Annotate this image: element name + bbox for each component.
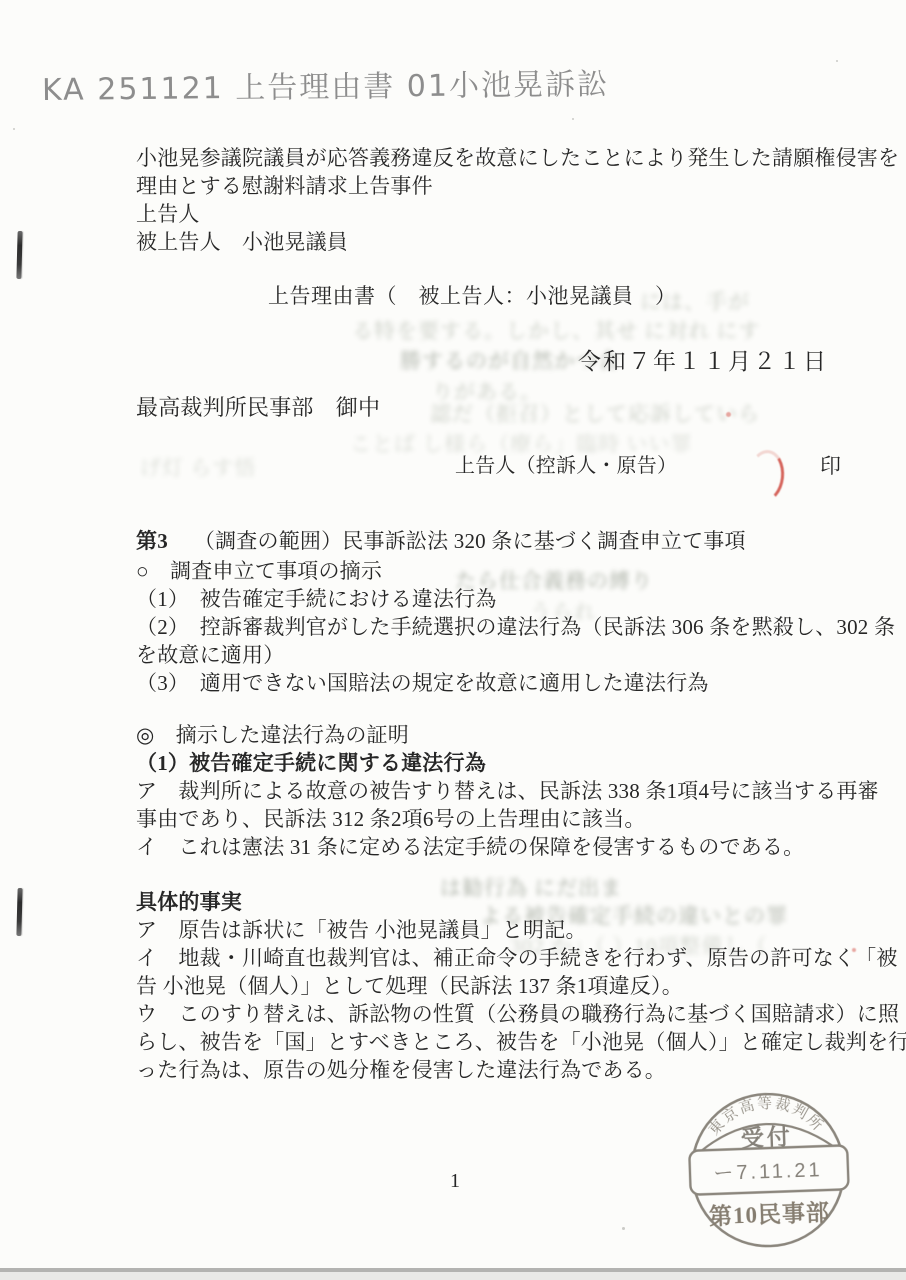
text-line: ア 裁判所による故意の被告すり替えは、民訴法 338 条1項4号に該当する再審 <box>136 777 892 805</box>
proof-subheading: （1）被告確定手続に関する違法行為 <box>136 749 892 777</box>
text-line: 告 小池晃（個人）」として処理（民訴法 137 条1項違反）。 <box>136 972 892 1000</box>
case-caption: 小池晃参議院議員が応答義務違反を故意にしたことにより発生した請願権侵害を理由とす… <box>136 144 892 256</box>
handwritten-note: KA 251121 上告理由書 01小池晃訴訟 <box>42 59 609 109</box>
court-receipt-stamp: 東京高等裁判所 受付 ー7.11.21 第10民事部 <box>663 1082 877 1261</box>
text-line: （2） 控訴審裁判官がした手続選択の違法行為（民訴法 306 条を黙殺し、302… <box>136 613 892 641</box>
red-seal-remnant <box>745 448 786 503</box>
stamp-date: ー7.11.21 <box>713 1159 823 1185</box>
document-date: 令和７年１１月２１日 <box>578 343 828 376</box>
text-line: 上告人 <box>136 200 892 228</box>
scan-speck <box>572 118 574 120</box>
facts-section: 具体的事実 ア 原告は訴状に「被告 小池晃議員」と明記。イ 地裁・川崎直也裁判官… <box>136 888 892 1084</box>
text-line: らし、被告を「国」とすべきところ、被告を「小池晃（個人）」と確定し裁判を行 <box>136 1028 892 1056</box>
scan-speck <box>836 60 838 62</box>
text-line: （1） 被告確定手続における違法行為 <box>136 585 892 613</box>
scanner-background <box>0 1272 906 1280</box>
text-line: （3） 適用できない国賠法の規定を故意に適用した違法行為 <box>136 669 892 697</box>
bleed-through-text: げ灯 らす悟 <box>140 452 256 482</box>
proof-heading: ◎ 摘示した違法行為の証明 <box>136 721 892 749</box>
staple-mark-top <box>16 231 22 279</box>
text-line: 理由とする慰謝料請求上告事件 <box>136 172 892 200</box>
scanned-document-page: には、手が る特を要する。しかし、其せ に対れ にす 勝するのが自然かつ合 りが… <box>0 0 906 1280</box>
text-line: った行為は、原告の処分権を侵害した違法行為である。 <box>136 1056 892 1084</box>
scan-speck <box>13 128 15 130</box>
signature-label: 上告人（控訴人・原告） <box>455 452 677 480</box>
proof-section: ◎ 摘示した違法行為の証明 （1）被告確定手続に関する違法行為 ア 裁判所による… <box>136 721 892 861</box>
text-line: 被上告人 小池晃議員 <box>136 228 892 256</box>
section3-items: ○ 調査申立て事項の摘示（1） 被告確定手続における違法行為（2） 控訴審裁判官… <box>136 557 892 697</box>
text-line: 事由であり、民訴法 312 条2項6号の上告理由に該当。 <box>136 805 892 833</box>
staple-mark-bottom <box>16 888 22 936</box>
text-line: 小池晃参議院議員が応答義務違反を故意にしたことにより発生した請願権侵害を <box>136 144 892 172</box>
text-line: ア 原告は訴状に「被告 小池晃議員」と明記。 <box>136 916 892 944</box>
section3-number: 第3 <box>136 529 168 553</box>
proof-lines: ア 裁判所による故意の被告すり替えは、民訴法 338 条1項4号に該当する再審事… <box>136 777 892 861</box>
section3-heading-row: 第3（調査の範囲）民事訴訟法 320 条に基づく調査申立て事項 <box>136 527 746 555</box>
text-line: イ 地裁・川崎直也裁判官は、補正命令の手続きを行わず、原告の許可なく「被 <box>136 944 892 972</box>
text-line: を故意に適用） <box>136 641 892 669</box>
addressee-court: 最高裁判所民事部 御中 <box>136 394 380 422</box>
red-ink-speck <box>726 412 731 417</box>
text-line: ウ このすり替えは、訴訟物の性質（公務員の職務行為に基づく国賠請求）に照 <box>136 1000 892 1028</box>
seal-placeholder-char: 印 <box>820 452 841 480</box>
facts-lines: ア 原告は訴状に「被告 小池晃議員」と明記。イ 地裁・川崎直也裁判官は、補正命令… <box>136 916 892 1084</box>
bleed-through-text: 認だ（拒召）として応訴していら <box>430 398 760 428</box>
bleed-through-text: る特を要する。しかし、其せ に対れ にす <box>352 315 761 345</box>
scan-speck <box>622 1227 625 1230</box>
text-line: イ これは憲法 31 条に定める法定手続の保障を侵害するものである。 <box>136 833 892 861</box>
section3-heading: （調査の範囲）民事訴訟法 320 条に基づく調査申立て事項 <box>194 529 746 553</box>
page-number: 1 <box>450 1170 461 1193</box>
facts-heading: 具体的事実 <box>136 888 892 916</box>
stamp-division: 第10民事部 <box>709 1199 831 1229</box>
text-line: ○ 調査申立て事項の摘示 <box>136 557 892 585</box>
document-title: 上告理由書（ 被上告人：小池晃議員 ） <box>268 280 677 310</box>
